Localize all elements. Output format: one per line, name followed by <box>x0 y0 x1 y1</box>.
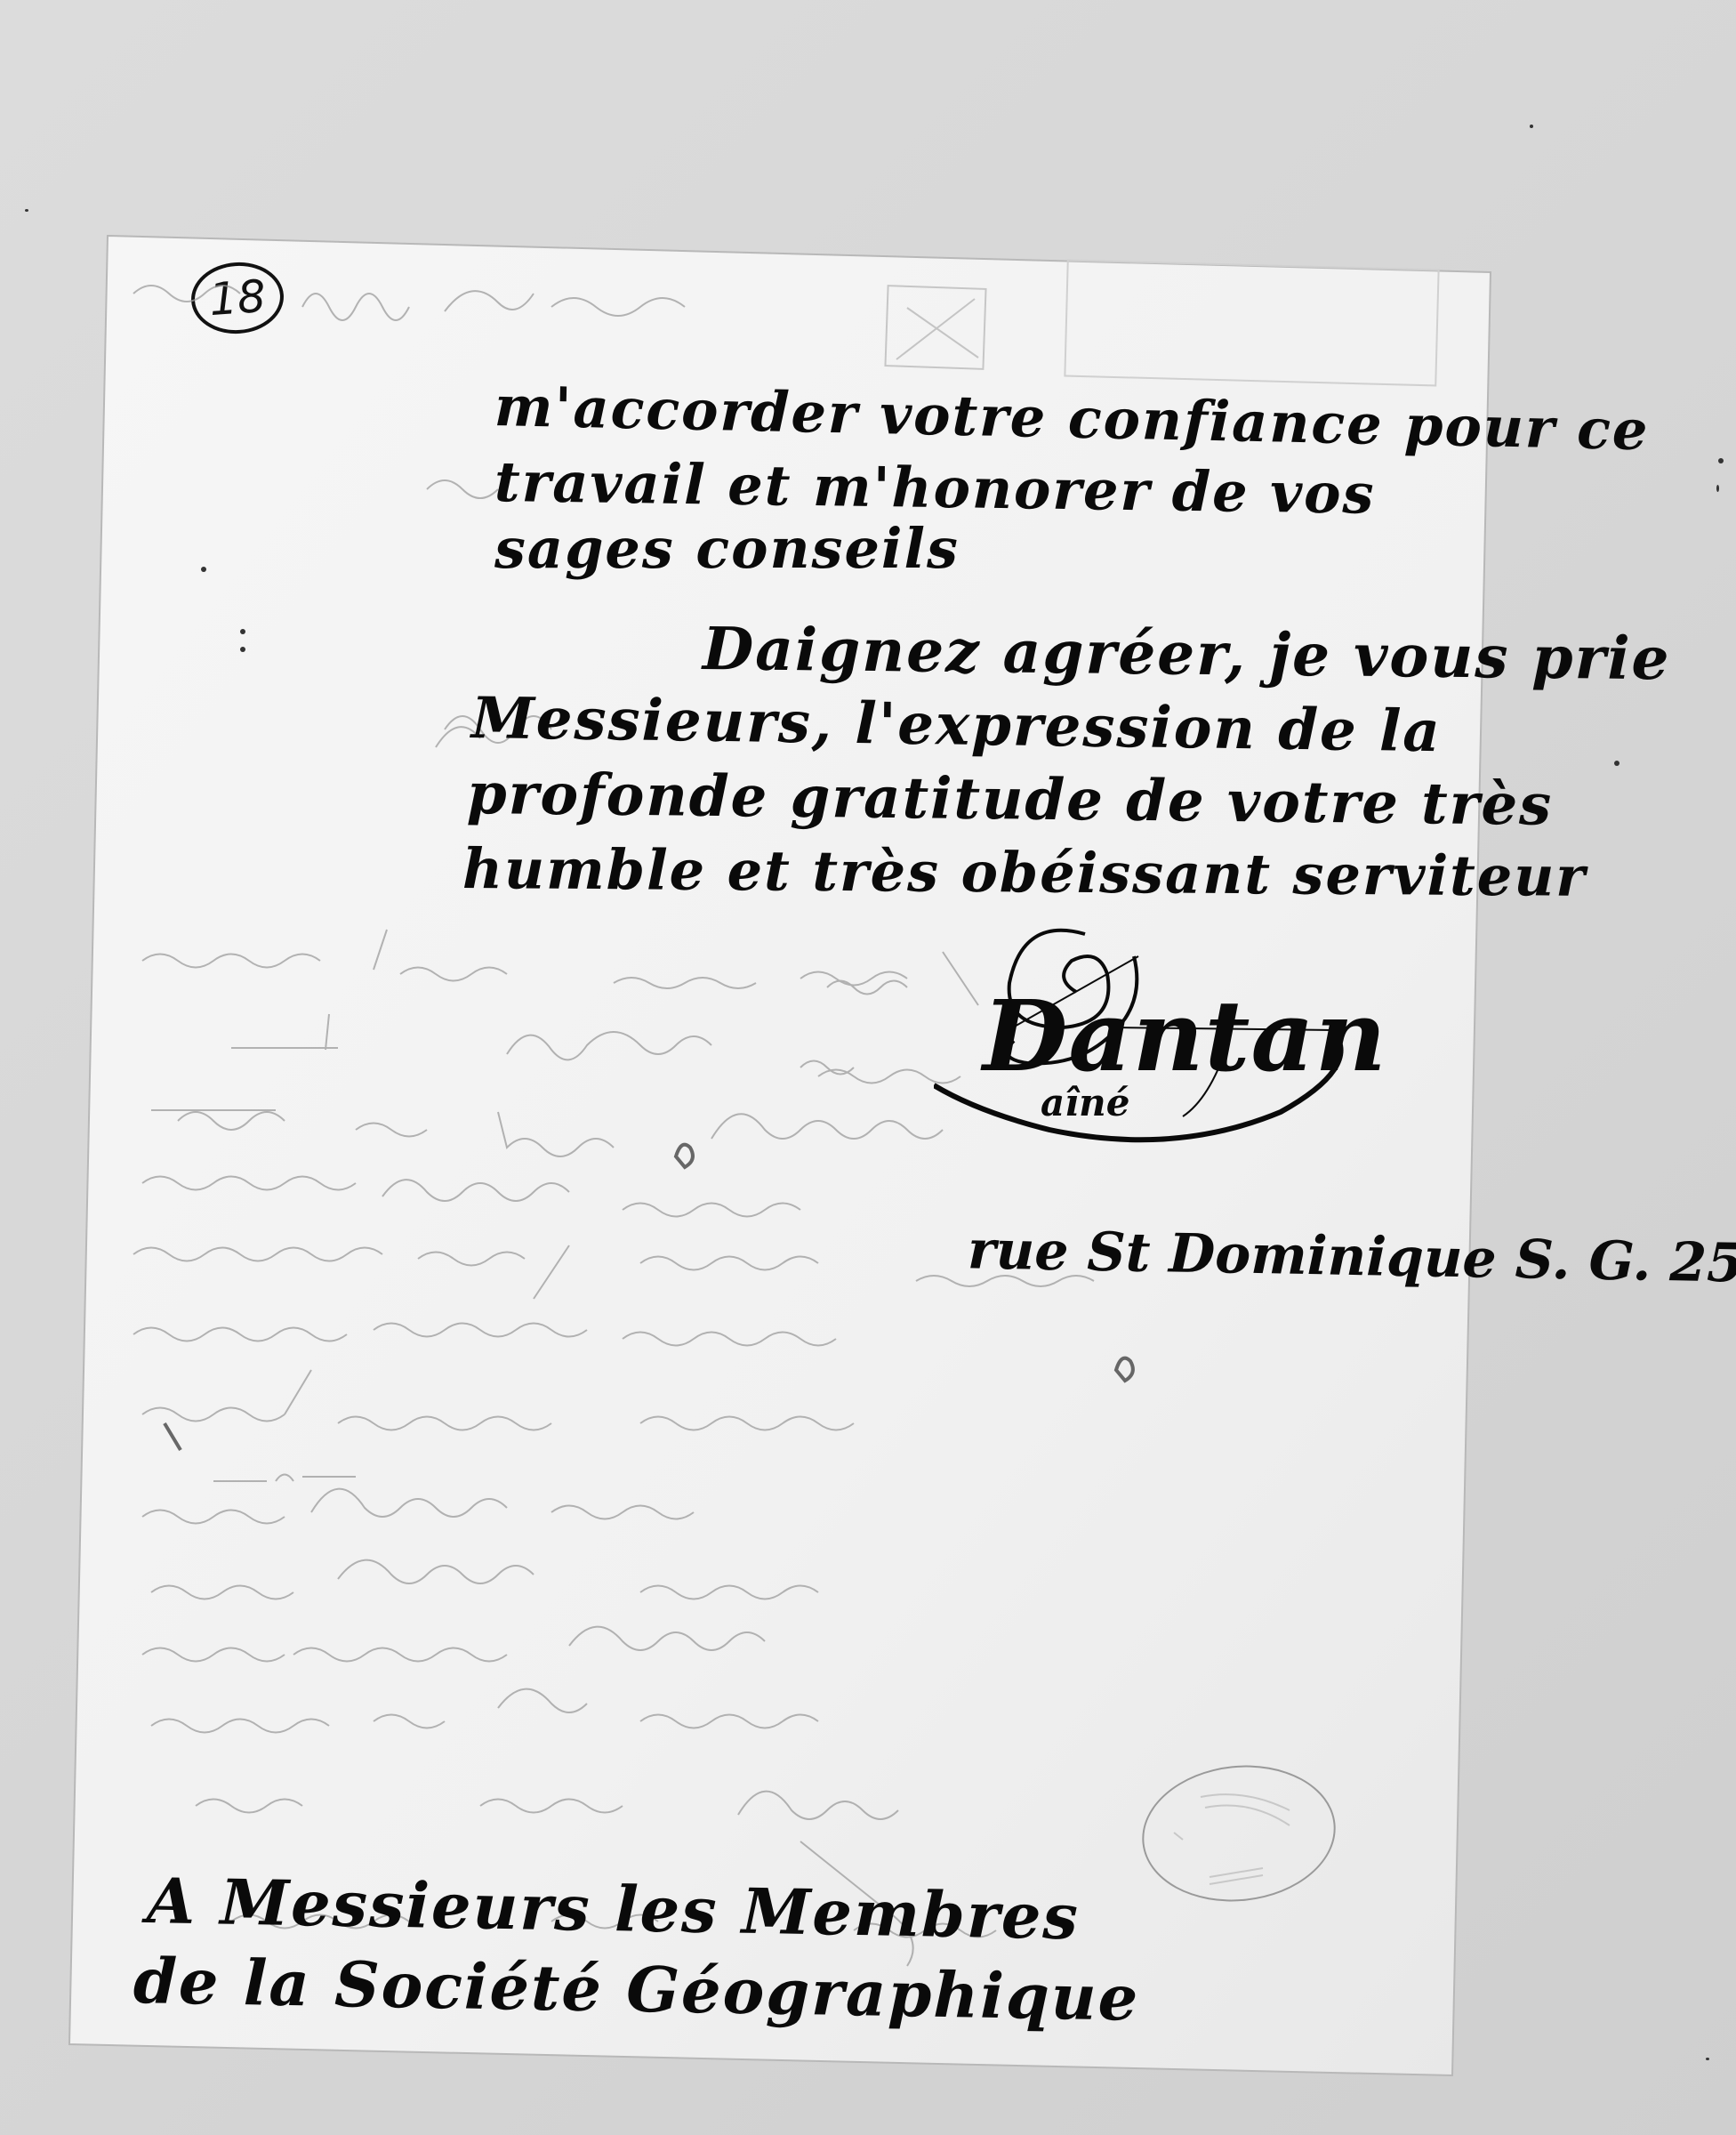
speck <box>201 567 206 572</box>
bleed-through-writing <box>0 0 1736 2135</box>
speck <box>1716 485 1719 492</box>
speck <box>240 629 245 634</box>
speck <box>1706 2058 1709 2060</box>
signature-suffix: aîné <box>1041 1081 1129 1124</box>
speck <box>1614 761 1619 766</box>
closing-line-1: Daignez agréer, je vous prie <box>703 614 1671 693</box>
speck <box>25 209 28 212</box>
speck <box>240 647 245 652</box>
body-line-3: sages conseils <box>494 516 960 581</box>
closing-line-2: Messieurs, l'expression de la <box>470 685 1442 765</box>
speck <box>1718 458 1724 463</box>
signature-name: Dantan <box>983 979 1387 1093</box>
archive-stamp-text-marks <box>1147 1770 1334 1904</box>
body-line-2: travail et m'honorer de vos <box>494 449 1375 527</box>
document-scan: 18 <box>0 0 1736 2135</box>
closing-line-3: profonde gratitude de votre très <box>467 761 1554 839</box>
speck <box>1530 125 1533 128</box>
